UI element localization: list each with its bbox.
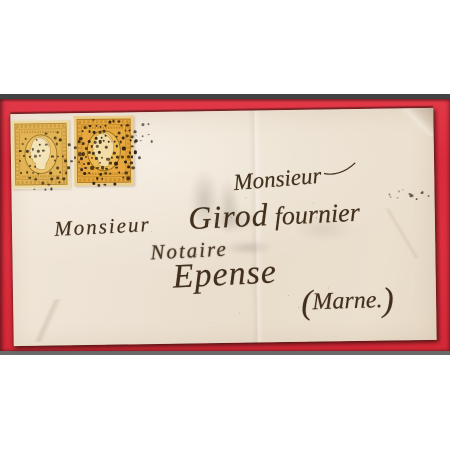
cancel-dot [150, 140, 152, 142]
address-line-5: (Marne.) [301, 282, 395, 323]
cancel-dot [288, 295, 289, 296]
cancel-dot [141, 135, 143, 137]
napoleon-stamp-graphic [11, 119, 70, 189]
cancel-dot [147, 123, 149, 125]
pen-flourish-icon [322, 162, 357, 177]
cancel-dot [137, 156, 140, 159]
addressee-given-name: Girod [187, 196, 269, 236]
address-line-4: Epense [172, 253, 278, 296]
cancel-dot [134, 140, 137, 143]
cancel-dot [140, 140, 142, 142]
cancel-dot [409, 195, 411, 197]
napoleon-stamp-graphic [74, 116, 135, 186]
address-line-2: MonsieurGirodfournier [53, 192, 360, 244]
cancel-dot [420, 192, 422, 194]
addressee-surname: fournier [274, 198, 361, 231]
cancel-dot [135, 140, 138, 143]
cancel-dot [398, 190, 400, 192]
cancel-dot [410, 194, 412, 196]
envelope-fold-crease [11, 299, 84, 342]
cover-photo: Monsieur MonsieurGirodfournier Notaire E… [0, 94, 450, 355]
cancel-dot [421, 191, 423, 193]
cancel-dot [134, 151, 137, 154]
envelope-corner-bend [401, 108, 433, 136]
cancel-dot [390, 196, 392, 198]
cancel-dot [402, 189, 404, 191]
cancel-dot [141, 123, 144, 126]
cancel-dot [397, 197, 399, 199]
cancel-dot [388, 193, 390, 195]
destination-town: Epense [172, 253, 278, 295]
napoleon-stamp-right [74, 116, 135, 186]
cancel-dot [239, 312, 240, 313]
cancel-dot [45, 189, 47, 191]
cancel-dot [135, 135, 137, 137]
cancel-dot [415, 198, 417, 200]
address-salutation: Monsieur [232, 163, 322, 195]
address-line-1: Monsieur [232, 160, 358, 196]
envelope-crease-faint [372, 208, 433, 259]
cancel-dot [148, 134, 150, 136]
cancel-dot [427, 195, 429, 197]
napoleon-stamp-left [11, 119, 70, 189]
cancel-dot [70, 160, 72, 162]
envelope: Monsieur MonsieurGirodfournier Notaire E… [10, 108, 436, 346]
cancel-dot [409, 193, 412, 196]
cancel-dot [134, 130, 137, 133]
cancel-dot [298, 307, 299, 308]
address-salutation-2: Monsieur [54, 212, 152, 241]
destination-department: Marne. [312, 287, 383, 315]
ink-smear-notaire [222, 240, 274, 255]
paren-close: ) [382, 282, 395, 319]
cancel-dot [409, 193, 411, 195]
cancel-dot [411, 195, 413, 197]
